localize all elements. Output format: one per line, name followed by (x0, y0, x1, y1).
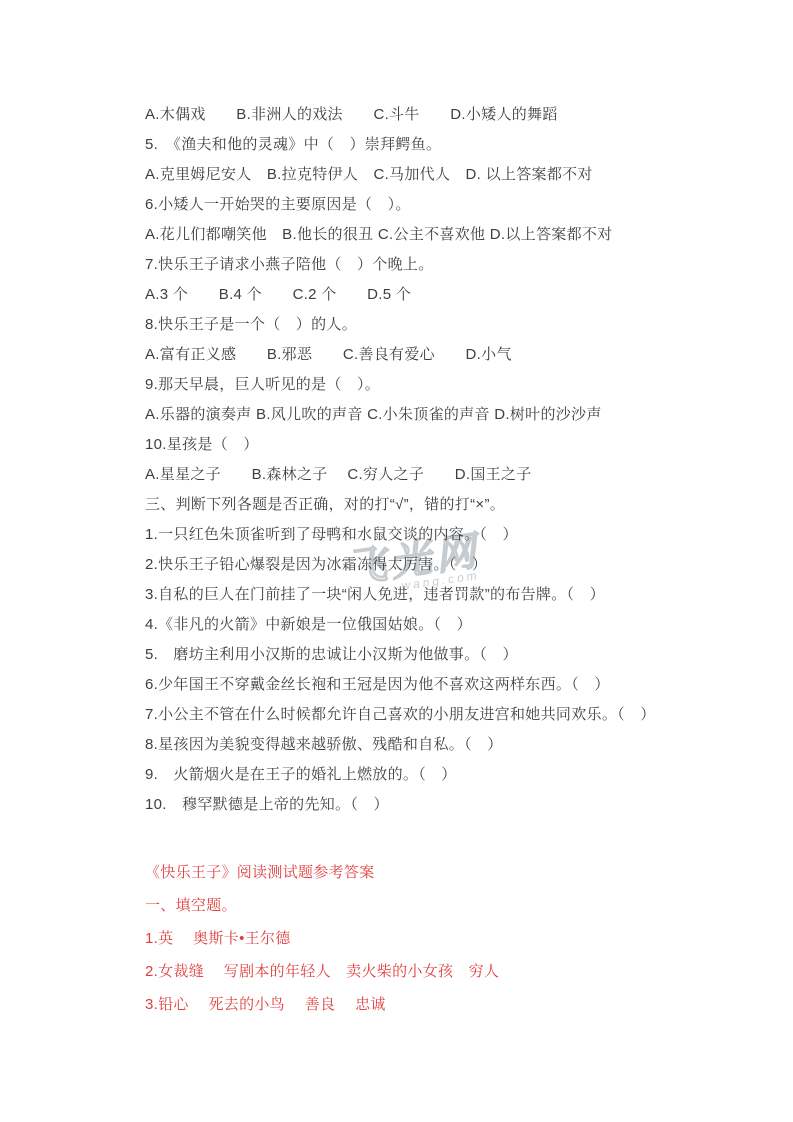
answer-line: 一、填空题。 (145, 889, 705, 922)
question-line: A.星星之子 B.森林之子 C.穷人之子 D.国王之子 (145, 460, 705, 490)
answer-line: 2.女裁缝 写剧本的年轻人 卖火柴的小女孩 穷人 (145, 955, 705, 988)
question-line: 3.自私的巨人在门前挂了一块“闲人免进，违者罚款”的布告牌。（ ） (145, 580, 705, 610)
question-line: A.乐器的演奏声 B.风儿吹的声音 C.小朱顶雀的声音 D.树叶的沙沙声 (145, 400, 705, 430)
questions-section: A.木偶戏 B.非洲人的戏法 C.斗牛 D.小矮人的舞蹈5. 《渔夫和他的灵魂》… (145, 100, 705, 820)
question-line: 5. 磨坊主利用小汉斯的忠诚让小汉斯为他做事。（ ） (145, 640, 705, 670)
question-line: 6.小矮人一开始哭的主要原因是（ ）。 (145, 190, 705, 220)
question-line: A.克里姆尼安人 B.拉克特伊人 C.马加代人 D. 以上答案都不对 (145, 160, 705, 190)
answers-list: 一、填空题。1.英 奥斯卡•王尔德2.女裁缝 写剧本的年轻人 卖火柴的小女孩 穷… (145, 889, 705, 1021)
answer-line: 3.铅心 死去的小鸟 善良 忠诚 (145, 988, 705, 1021)
question-line: 三、判断下列各题是否正确，对的打“√”，错的打“×”。 (145, 490, 705, 520)
question-line: 8.快乐王子是一个（ ）的人。 (145, 310, 705, 340)
question-line: 9. 火箭烟火是在王子的婚礼上燃放的。（ ） (145, 760, 705, 790)
question-line: A.3 个 B.4 个 C.2 个 D.5 个 (145, 280, 705, 310)
document-page: 飞光网 wang.com A.木偶戏 B.非洲人的戏法 C.斗牛 D.小矮人的舞… (0, 0, 793, 1122)
question-line: 8.星孩因为美貌变得越来越骄傲、残酷和自私。（ ） (145, 730, 705, 760)
question-line: A.木偶戏 B.非洲人的戏法 C.斗牛 D.小矮人的舞蹈 (145, 100, 705, 130)
question-line: 1.一只红色朱顶雀听到了母鸭和水鼠交谈的内容。（ ） (145, 520, 705, 550)
question-line: 4.《非凡的火箭》中新娘是一位俄国姑娘。（ ） (145, 610, 705, 640)
question-line: A.花儿们都嘲笑他 B.他长的很丑 C.公主不喜欢他 D.以上答案都不对 (145, 220, 705, 250)
question-line: 10. 穆罕默德是上帝的先知。（ ） (145, 790, 705, 820)
question-line: 10.星孩是（ ） (145, 430, 705, 460)
question-line: 7.小公主不管在什么时候都允许自己喜欢的小朋友进宫和她共同欢乐。（ ） (145, 700, 705, 730)
question-line: 6.少年国王不穿戴金丝长袍和王冠是因为他不喜欢这两样东西。（ ） (145, 670, 705, 700)
answers-heading: 《快乐王子》阅读测试题参考答案 (145, 856, 705, 889)
question-line: 5. 《渔夫和他的灵魂》中（ ）崇拜鳄鱼。 (145, 130, 705, 160)
answer-line: 1.英 奥斯卡•王尔德 (145, 922, 705, 955)
question-line: 9.那天早晨，巨人听见的是（ ）。 (145, 370, 705, 400)
question-line: 2.快乐王子铅心爆裂是因为冰霜冻得太厉害。（ ） (145, 550, 705, 580)
question-line: 7.快乐王子请求小燕子陪他（ ）个晚上。 (145, 250, 705, 280)
question-line: A.富有正义感 B.邪恶 C.善良有爱心 D.小气 (145, 340, 705, 370)
answers-section: 《快乐王子》阅读测试题参考答案 一、填空题。1.英 奥斯卡•王尔德2.女裁缝 写… (145, 856, 705, 1021)
